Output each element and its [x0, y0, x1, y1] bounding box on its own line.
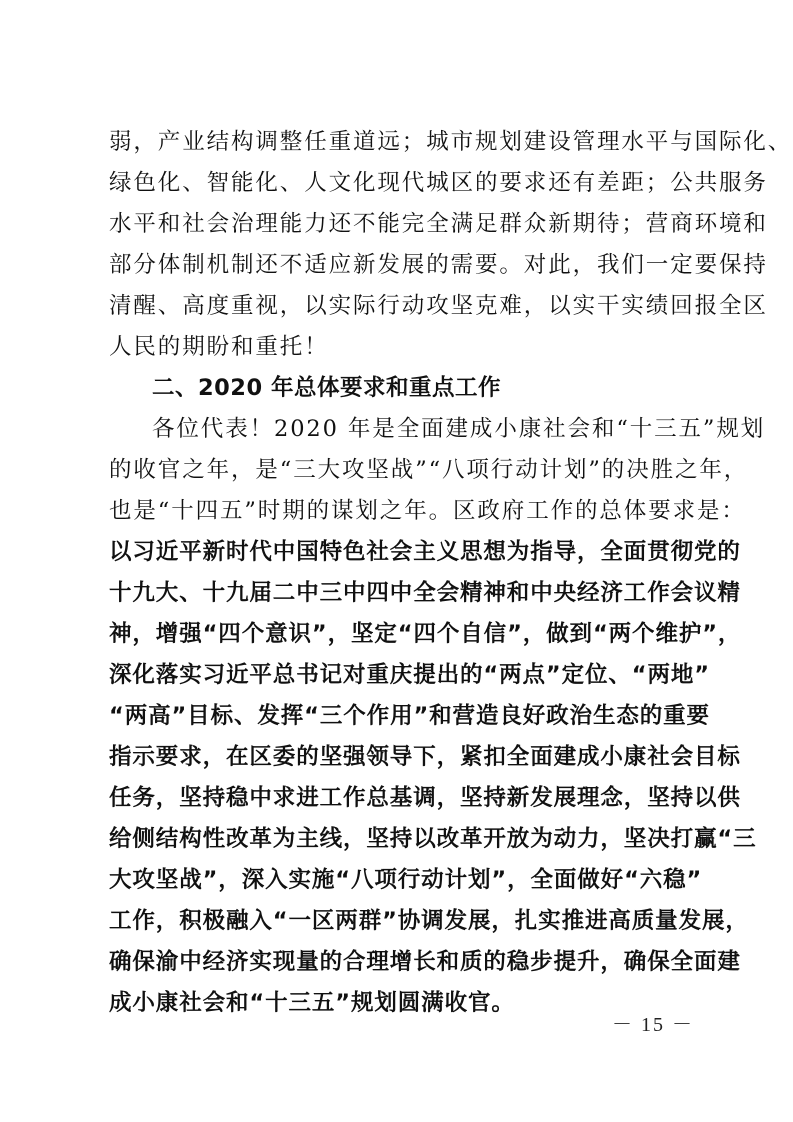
section-heading: 二、2020 年总体要求和重点工作 — [152, 373, 732, 403]
bold-text-line: 成小康社会和“十三五”规划圆满收官。 — [109, 988, 689, 1018]
text-line: 弱，产业结构调整任重道远；城市规划建设管理水平与国际化、 — [109, 127, 689, 157]
bold-text-line: 大攻坚战”，深入实施“八项行动计划”，全面做好“六稳” — [109, 865, 689, 895]
text-line: 各位代表！2020 年是全面建成小康社会和“十三五”规划 — [152, 414, 732, 444]
text-line: 的收官之年，是“三大攻坚战”“八项行动计划”的决胜之年， — [109, 455, 689, 485]
bold-text-line: “两高”目标、发挥“三个作用”和营造良好政治生态的重要 — [109, 701, 689, 731]
bold-text-line: 给侧结构性改革为主线，坚持以改革开放为动力，坚决打赢“三 — [109, 824, 689, 854]
text-line: 部分体制机制还不适应新发展的需要。对此，我们一定要保持 — [109, 250, 689, 280]
text-line: 水平和社会治理能力还不能完全满足群众新期待；营商环境和 — [109, 209, 689, 239]
text-line: 也是“十四五”时期的谋划之年。区政府工作的总体要求是： — [109, 496, 689, 526]
bold-text-line: 神，增强“四个意识”，坚定“四个自信”，做到“两个维护”， — [109, 619, 689, 649]
bold-text-line: 工作，积极融入“一区两群”协调发展，扎实推进高质量发展， — [109, 906, 689, 936]
text-line: 绿色化、智能化、人文化现代城区的要求还有差距；公共服务 — [109, 168, 689, 198]
document-page: 弱，产业结构调整任重道远；城市规划建设管理水平与国际化、 绿色化、智能化、人文化… — [0, 0, 793, 1122]
bold-text-line: 确保渝中经济实现量的合理增长和质的稳步提升，确保全面建 — [109, 947, 689, 977]
text-line: 清醒、高度重视，以实际行动攻坚克难，以实干实绩回报全区 — [109, 291, 689, 321]
bold-text-line: 十九大、十九届二中三中四中全会精神和中央经济工作会议精 — [109, 578, 689, 608]
text-line: 人民的期盼和重托！ — [109, 332, 689, 362]
page-number: － 15 － — [612, 1008, 694, 1037]
bold-text-line: 任务，坚持稳中求进工作总基调，坚持新发展理念，坚持以供 — [109, 783, 689, 813]
bold-text-line: 以习近平新时代中国特色社会主义思想为指导，全面贯彻党的 — [109, 537, 689, 567]
bold-text-line: 指示要求，在区委的坚强领导下，紧扣全面建成小康社会目标 — [109, 742, 689, 772]
bold-text-line: 深化落实习近平总书记对重庆提出的“两点”定位、“两地” — [109, 660, 689, 690]
